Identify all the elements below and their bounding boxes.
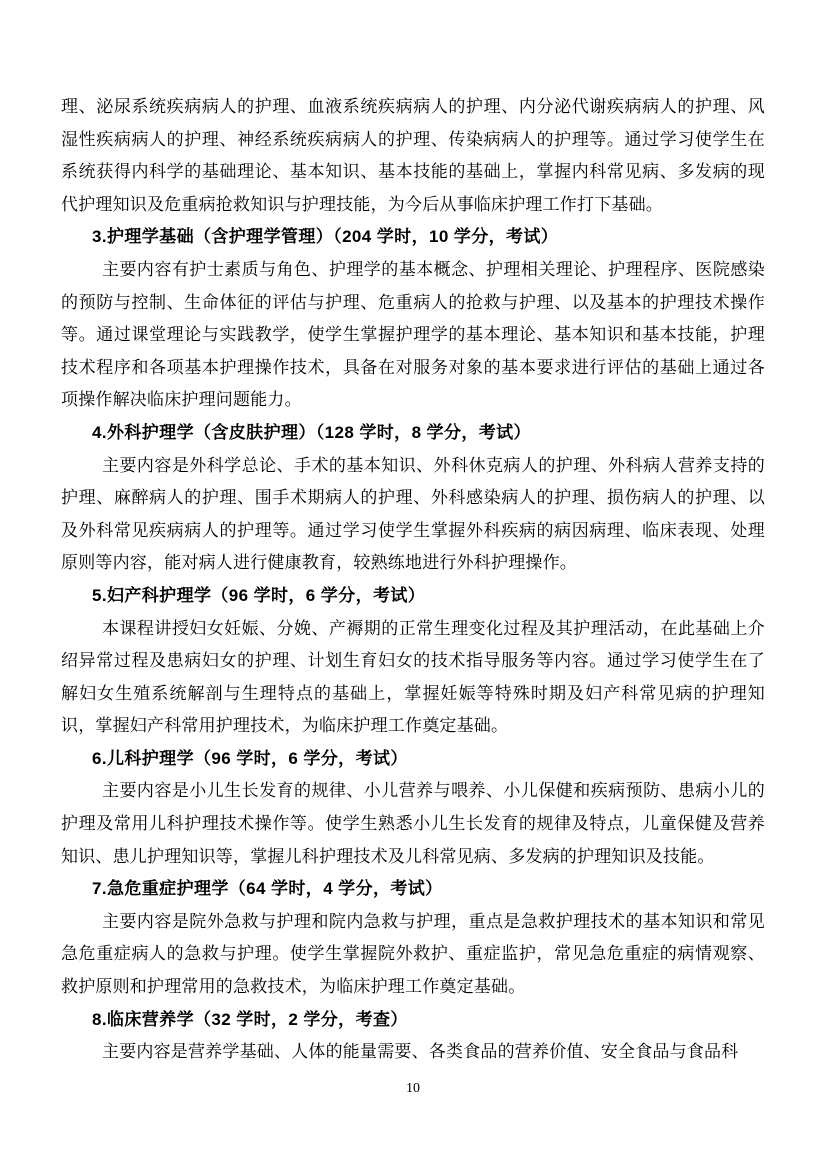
section-heading: 4.外科护理学（含皮肤护理）（128 学时，8 学分，考试）	[61, 417, 765, 450]
document-content: 理、泌尿系统疾病病人的护理、血液系统疾病病人的护理、内分泌代谢疾病病人的护理、风…	[61, 91, 765, 1069]
section-heading: 7.急危重症护理学（64 学时，4 学分，考试）	[61, 873, 765, 906]
paragraph: 主要内容是小儿生长发育的规律、小儿营养与喂养、小儿保健和疾病预防、患病小儿的护理…	[61, 775, 765, 873]
section-heading: 3.护理学基础（含护理学管理）（204 学时，10 学分，考试）	[61, 221, 765, 254]
paragraph: 理、泌尿系统疾病病人的护理、血液系统疾病病人的护理、内分泌代谢疾病病人的护理、风…	[61, 91, 765, 221]
paragraph: 主要内容是院外急救与护理和院内急救与护理，重点是急救护理技术的基本知识和常见急危…	[61, 906, 765, 1004]
page-number: 10	[0, 1081, 826, 1097]
paragraph: 主要内容是营养学基础、人体的能量需要、各类食品的营养价值、安全食品与食品科	[61, 1036, 765, 1069]
section-heading: 8.临床营养学（32 学时，2 学分，考查）	[61, 1004, 765, 1037]
document-page: 理、泌尿系统疾病病人的护理、血液系统疾病病人的护理、内分泌代谢疾病病人的护理、风…	[0, 0, 826, 1169]
section-heading: 6.儿科护理学（96 学时，6 学分，考试）	[61, 743, 765, 776]
paragraph: 本课程讲授妇女妊娠、分娩、产褥期的正常生理变化过程及其护理活动，在此基础上介绍异…	[61, 613, 765, 743]
section-heading: 5.妇产科护理学（96 学时，6 学分，考试）	[61, 580, 765, 613]
paragraph: 主要内容是外科学总论、手术的基本知识、外科休克病人的护理、外科病人营养支持的护理…	[61, 450, 765, 580]
paragraph: 主要内容有护士素质与角色、护理学的基本概念、护理相关理论、护理程序、医院感染的预…	[61, 254, 765, 417]
